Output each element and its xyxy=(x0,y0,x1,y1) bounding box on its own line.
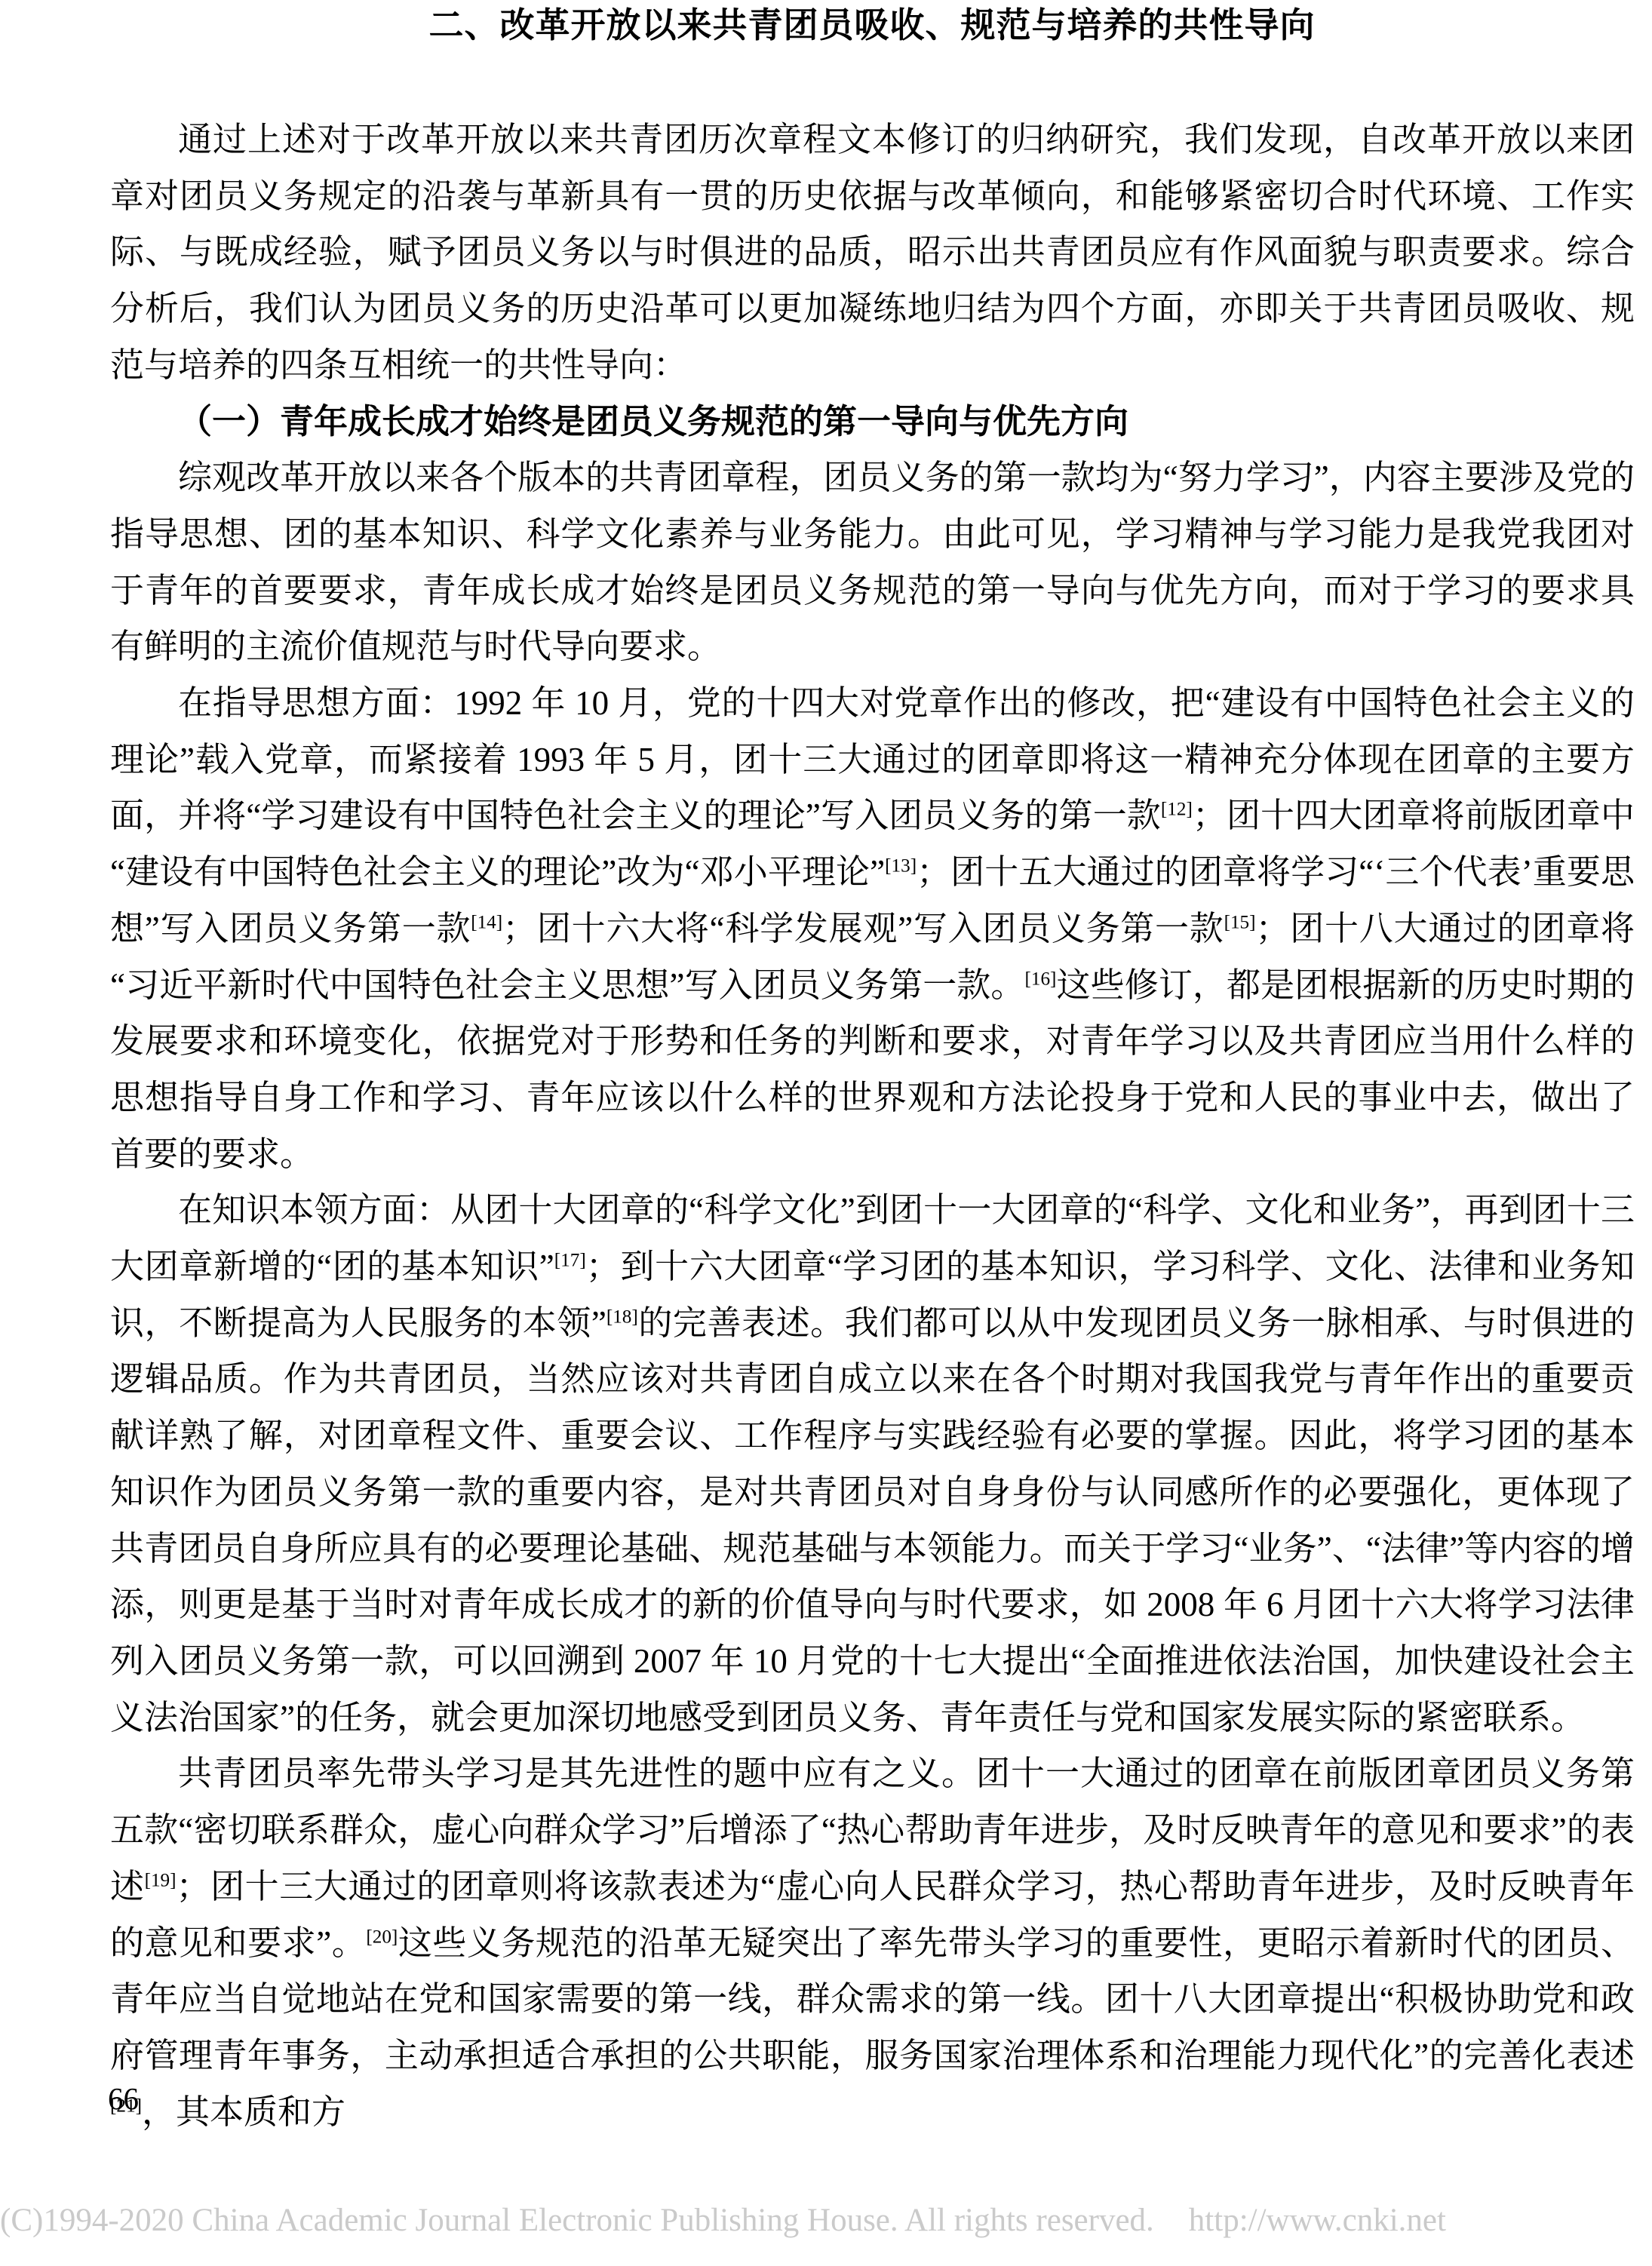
cnki-watermark-footer: (C)1994-2020 China Academic Journal Elec… xyxy=(0,2203,1652,2238)
cnki-url: http://www.cnki.net xyxy=(1189,2203,1446,2238)
document-body: 通过上述对于改革开放以来共青团历次章程文本修订的归纳研究，我们发现，自改革开放以… xyxy=(110,112,1635,2140)
paragraph: 通过上述对于改革开放以来共青团历次章程文本修订的归纳研究，我们发现，自改革开放以… xyxy=(110,112,1635,394)
paragraph: 综观改革开放以来各个版本的共青团章程，团员义务的第一款均为“努力学习”，内容主要… xyxy=(110,450,1635,675)
footnote-reference: [15] xyxy=(1224,912,1256,932)
page-title: 二、改革开放以来共青团员吸收、规范与培养的共性导向 xyxy=(110,5,1634,46)
paragraph: 在知识本领方面：从团十大团章的“科学文化”到团十一大团章的“科学、文化和业务”，… xyxy=(110,1182,1635,1746)
page-number: 66 xyxy=(108,2082,139,2116)
section-heading: （一）青年成长成才始终是团员义务规范的第一导向与优先方向 xyxy=(110,394,1635,450)
footnote-reference: [20] xyxy=(366,1927,398,1947)
paragraph: 共青团员率先带头学习是其先进性的题中应有之义。团十一大通过的团章在前版团章团员义… xyxy=(110,1746,1635,2140)
footnote-reference: [12] xyxy=(1161,800,1193,820)
footnote-reference: [19] xyxy=(145,1870,177,1890)
footnote-reference: [18] xyxy=(606,1306,638,1327)
footnote-reference: [17] xyxy=(554,1250,586,1270)
footnote-reference: [13] xyxy=(885,856,917,877)
paragraph: 在指导思想方面：1992 年 10 月，党的十四大对党章作出的修改，把“建设有中… xyxy=(110,675,1635,1182)
footnote-reference: [16] xyxy=(1024,969,1056,989)
copyright-text: (C)1994-2020 China Academic Journal Elec… xyxy=(0,2203,1154,2238)
journal-page: 二、改革开放以来共青团员吸收、规范与培养的共性导向 通过上述对于改革开放以来共青… xyxy=(0,0,1652,2266)
footnote-reference: [14] xyxy=(471,912,502,932)
